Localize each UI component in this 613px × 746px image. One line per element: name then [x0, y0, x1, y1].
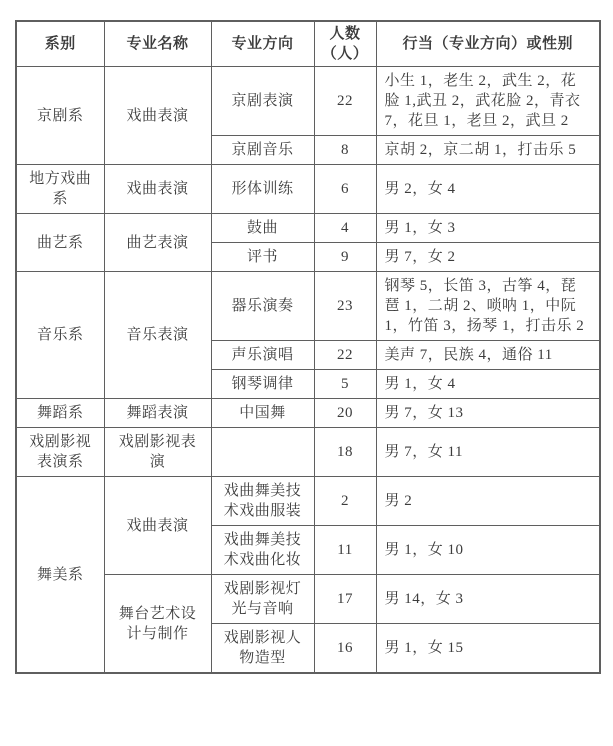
table-cell: 音乐表演	[104, 272, 211, 399]
table-cell: 京剧音乐	[211, 136, 314, 165]
column-header-major-direction: 专业方向	[211, 21, 314, 67]
column-header-department: 系别	[16, 21, 104, 67]
detail-cell: 男 1，女 10	[376, 526, 600, 575]
detail-cell: 男 2	[376, 477, 600, 526]
detail-cell: 小生 1，老生 2，武生 2，花脸 1,武丑 2，武花脸 2，青衣 7，花旦 1…	[376, 67, 600, 136]
table-cell: 戏曲舞美技 术戏曲服装	[211, 477, 314, 526]
table-cell: 20	[314, 399, 376, 428]
table-cell	[211, 428, 314, 477]
table-cell: 舞美系	[16, 477, 104, 674]
table-cell: 音乐系	[16, 272, 104, 399]
table-cell: 戏曲表演	[104, 165, 211, 214]
document-page: 系别专业名称专业方向人数 （人）行当（专业方向）或性别 京剧系戏曲表演京剧表演2…	[0, 0, 613, 746]
table-cell: 评书	[211, 243, 314, 272]
table-cell: 鼓曲	[211, 214, 314, 243]
table-cell: 曲艺系	[16, 214, 104, 272]
table-cell: 戏剧影视 表演系	[16, 428, 104, 477]
header-row: 系别专业名称专业方向人数 （人）行当（专业方向）或性别	[16, 21, 600, 67]
table-cell: 戏曲表演	[104, 477, 211, 575]
table-cell: 曲艺表演	[104, 214, 211, 272]
table-cell: 23	[314, 272, 376, 341]
detail-cell: 男 1，女 4	[376, 370, 600, 399]
table-cell: 2	[314, 477, 376, 526]
table-body: 京剧系戏曲表演京剧表演22小生 1，老生 2，武生 2，花脸 1,武丑 2，武花…	[16, 67, 600, 674]
table-cell: 京剧系	[16, 67, 104, 165]
table-cell: 5	[314, 370, 376, 399]
table-cell: 8	[314, 136, 376, 165]
table-cell: 戏剧影视表 演	[104, 428, 211, 477]
detail-cell: 男 1，女 15	[376, 624, 600, 674]
table-cell: 形体训练	[211, 165, 314, 214]
table-row: 曲艺系曲艺表演鼓曲4男 1，女 3	[16, 214, 600, 243]
table-cell: 戏曲表演	[104, 67, 211, 165]
table-cell: 9	[314, 243, 376, 272]
detail-cell: 京胡 2，京二胡 1，打击乐 5	[376, 136, 600, 165]
table-cell: 钢琴调律	[211, 370, 314, 399]
table-row: 地方戏曲 系戏曲表演形体训练6男 2，女 4	[16, 165, 600, 214]
table-cell: 舞台艺术设 计与制作	[104, 575, 211, 674]
table-cell: 戏曲舞美技 术戏曲化妆	[211, 526, 314, 575]
table-cell: 声乐演唱	[211, 341, 314, 370]
column-header-count: 人数 （人）	[314, 21, 376, 67]
table-cell: 17	[314, 575, 376, 624]
table-cell: 11	[314, 526, 376, 575]
column-header-roles-or-gender: 行当（专业方向）或性别	[376, 21, 600, 67]
detail-cell: 美声 7，民族 4，通俗 11	[376, 341, 600, 370]
detail-cell: 男 1，女 3	[376, 214, 600, 243]
detail-cell: 男 14，女 3	[376, 575, 600, 624]
table-cell: 22	[314, 341, 376, 370]
table-cell: 4	[314, 214, 376, 243]
table-cell: 18	[314, 428, 376, 477]
table-row: 音乐系音乐表演器乐演奏23钢琴 5，长笛 3，古筝 4，琵琶 1，二胡 2、唢呐…	[16, 272, 600, 341]
detail-cell: 钢琴 5，长笛 3，古筝 4，琵琶 1，二胡 2、唢呐 1，中阮 1，竹笛 3，…	[376, 272, 600, 341]
table-row: 舞美系戏曲表演戏曲舞美技 术戏曲服装2男 2	[16, 477, 600, 526]
table-cell: 地方戏曲 系	[16, 165, 104, 214]
table-cell: 京剧表演	[211, 67, 314, 136]
detail-cell: 男 2，女 4	[376, 165, 600, 214]
table-cell: 戏剧影视灯 光与音响	[211, 575, 314, 624]
table-row: 戏剧影视 表演系戏剧影视表 演18男 7，女 11	[16, 428, 600, 477]
enrollment-table: 系别专业名称专业方向人数 （人）行当（专业方向）或性别 京剧系戏曲表演京剧表演2…	[15, 20, 601, 674]
detail-cell: 男 7，女 11	[376, 428, 600, 477]
table-cell: 16	[314, 624, 376, 674]
table-cell: 中国舞	[211, 399, 314, 428]
table-row: 京剧系戏曲表演京剧表演22小生 1，老生 2，武生 2，花脸 1,武丑 2，武花…	[16, 67, 600, 136]
table-row: 舞台艺术设 计与制作戏剧影视灯 光与音响17男 14，女 3	[16, 575, 600, 624]
table-cell: 舞蹈表演	[104, 399, 211, 428]
table-cell: 6	[314, 165, 376, 214]
table-cell: 戏剧影视人 物造型	[211, 624, 314, 674]
table-cell: 舞蹈系	[16, 399, 104, 428]
table-cell: 22	[314, 67, 376, 136]
column-header-major-name: 专业名称	[104, 21, 211, 67]
table-cell: 器乐演奏	[211, 272, 314, 341]
detail-cell: 男 7，女 13	[376, 399, 600, 428]
table-row: 舞蹈系舞蹈表演中国舞20男 7，女 13	[16, 399, 600, 428]
detail-cell: 男 7，女 2	[376, 243, 600, 272]
